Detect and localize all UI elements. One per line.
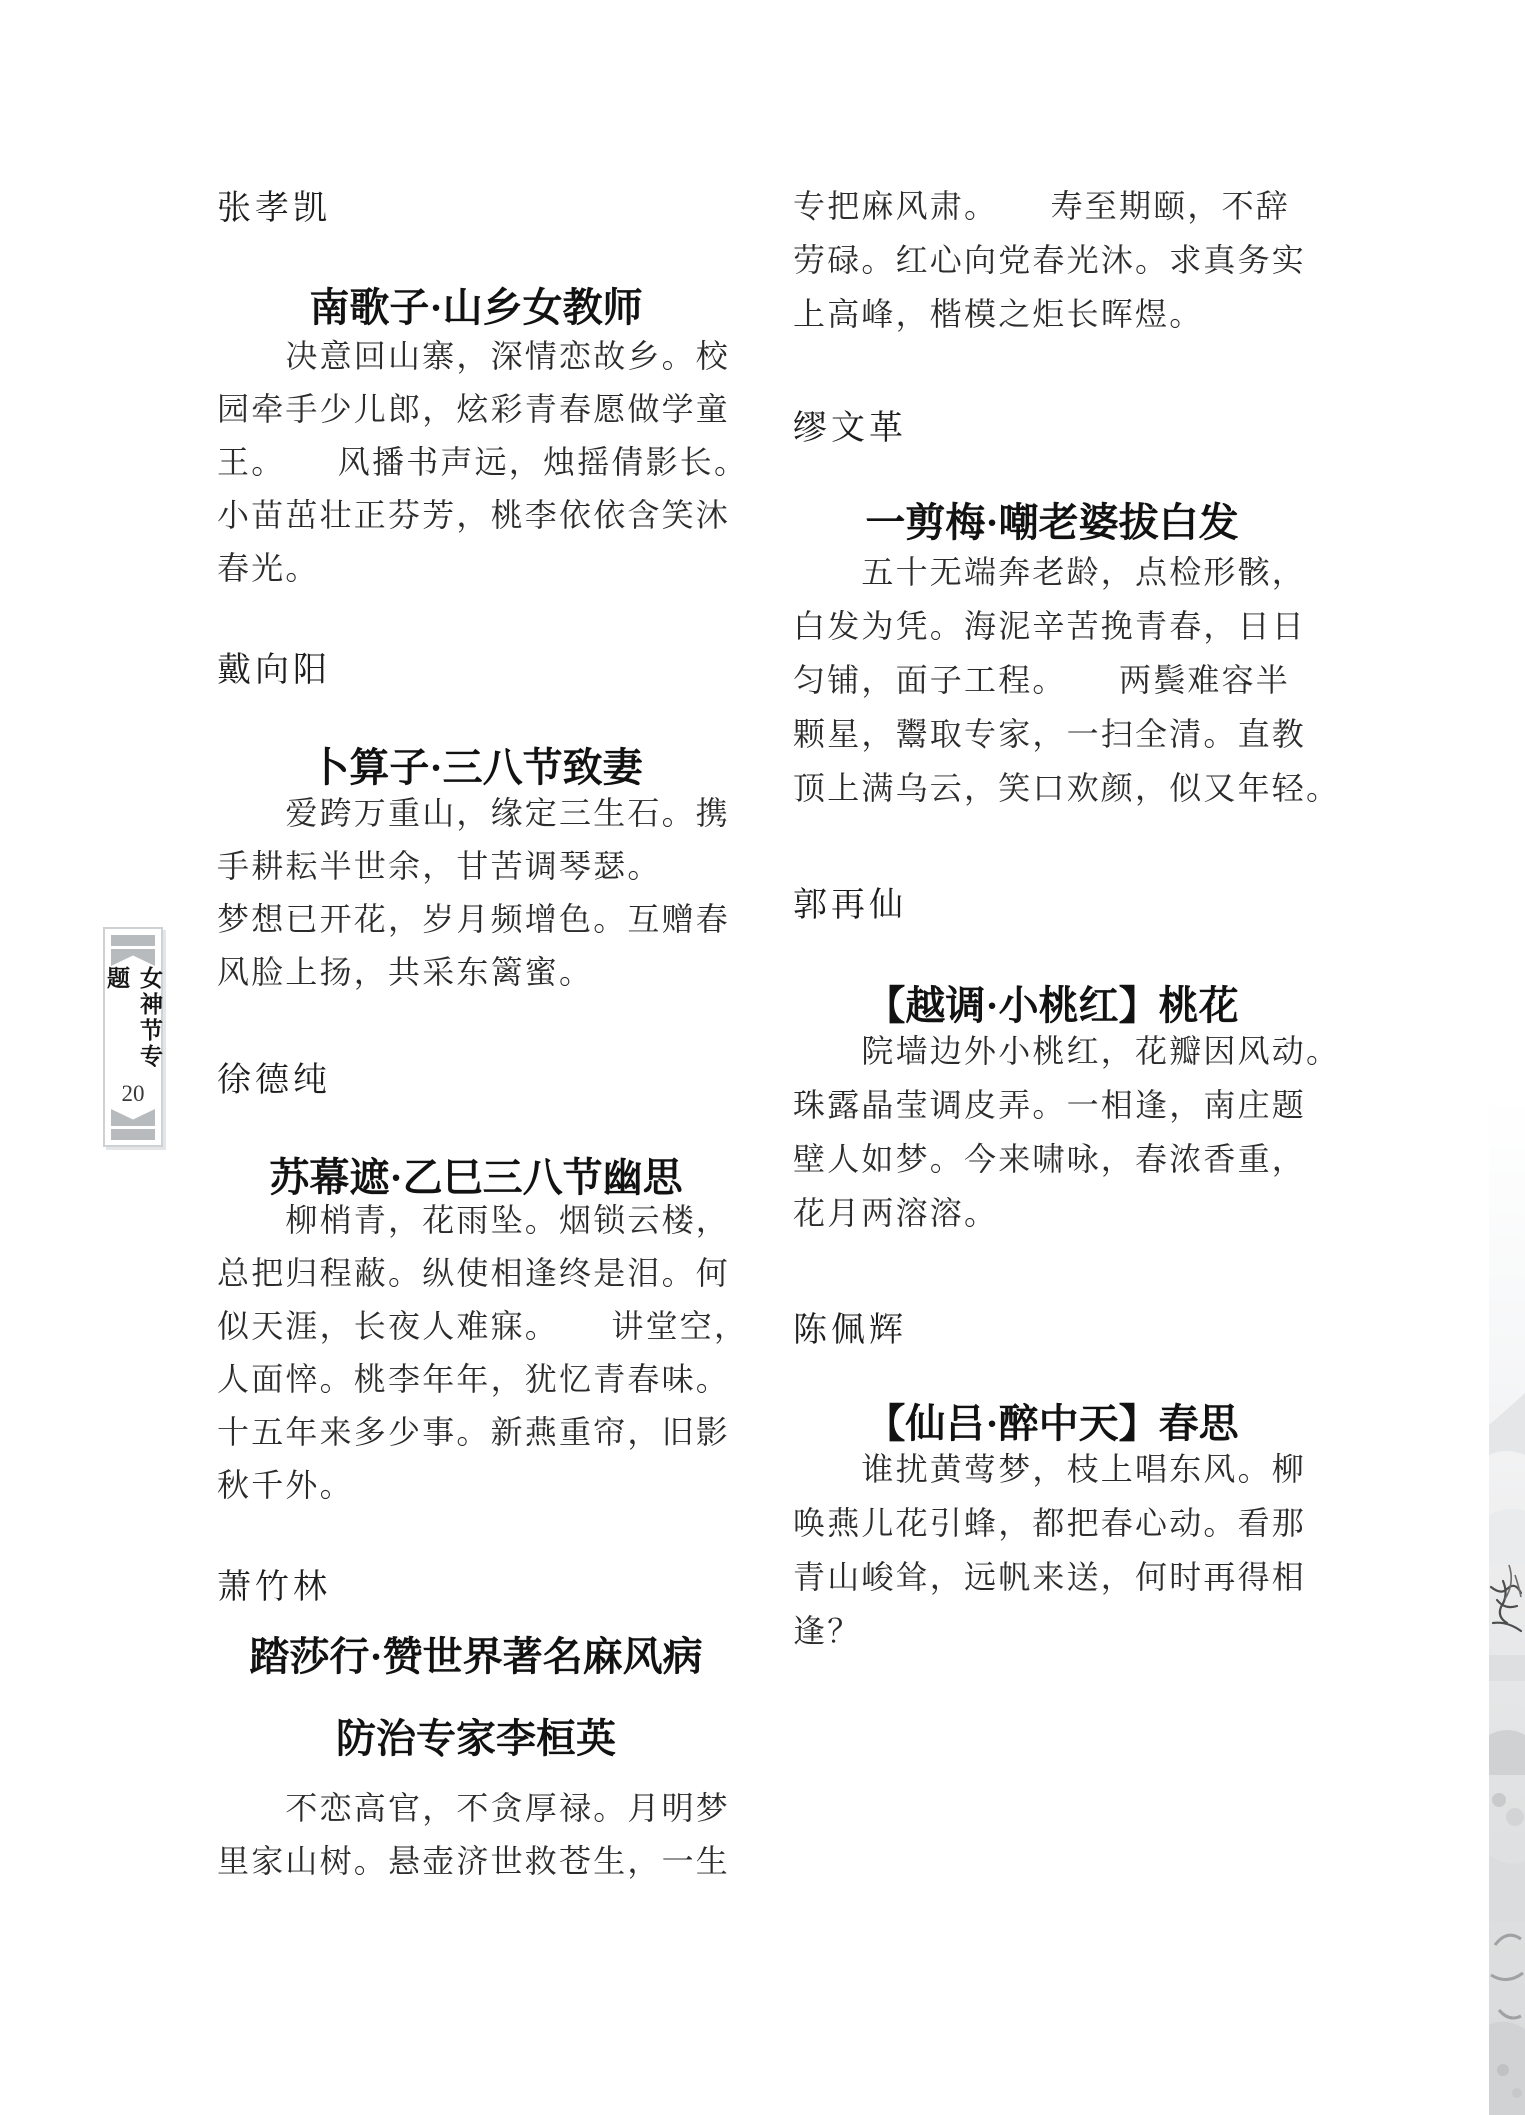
text-line: 十五年来多少事。新燕重帘，旧影 bbox=[217, 1406, 735, 1459]
text-line: 手耕耘半世余，甘苦调琴瑟。 bbox=[217, 840, 735, 893]
text-line: 柳梢青，花雨坠。烟锁云楼， bbox=[217, 1194, 735, 1247]
text-line: 园牵手少儿郎，炫彩青春愿做学童 bbox=[217, 383, 735, 436]
text-line: 院墙边外小桃红，花瓣因风动。 bbox=[793, 1024, 1311, 1078]
text-line: 里家山树。悬壶济世救苍生，一生 bbox=[217, 1835, 735, 1888]
poem-author: 徐德纯 bbox=[217, 1061, 331, 1102]
text-line: 防治专家李桓英 bbox=[187, 1698, 765, 1780]
banner-bottom-bar bbox=[111, 1129, 155, 1140]
poem-author: 戴向阳 bbox=[217, 651, 331, 692]
poem-body: 决意回山寨，深情恋故乡。校园牵手少儿郎，炫彩青春愿做学童王。 风播书声远，烛摇倩… bbox=[217, 330, 735, 595]
text-line: 小苗茁壮正芬芳，桃李依依含笑沐 bbox=[217, 489, 735, 542]
text-line: 上高峰，楷模之炬长晖煜。 bbox=[793, 287, 1311, 341]
poem-title: 踏莎行·赞世界著名麻风病防治专家李桓英 bbox=[187, 1616, 765, 1780]
text-line: 珠露晶莹调皮弄。一相逢，南庄题 bbox=[793, 1078, 1311, 1132]
page-number: 20 bbox=[122, 1082, 145, 1105]
poem-title: 一剪梅·嘲老婆拔白发 bbox=[763, 498, 1341, 548]
banner-top-ribbon-icon bbox=[111, 949, 155, 966]
poem-body: 谁扰黄莺梦，枝上唱东风。柳唤燕儿花引蜂，都把春心动。看那青山峻耸，远帆来送，何时… bbox=[793, 1442, 1311, 1658]
text-line: 王。 风播书声远，烛摇倩影长。 bbox=[217, 436, 735, 489]
section-label: 女神节专题 bbox=[100, 966, 166, 1080]
poem-author: 郭再仙 bbox=[793, 886, 907, 927]
poem-body-continuation: 专把麻风肃。 寿至期颐，不辞劳碌。红心向党春光沐。求真务实上高峰，楷模之炬长晖煜… bbox=[793, 179, 1311, 341]
page-edge-ink-painting bbox=[1489, 1095, 1525, 2115]
left-column: 张孝凯 南歌子·山乡女教师 决意回山寨，深情恋故乡。校园牵手少儿郎，炫彩青春愿做… bbox=[217, 0, 735, 2115]
text-line: 不恋高官，不贪厚禄。月明梦 bbox=[217, 1782, 735, 1835]
text-line: 人面悴。桃李年年，犹忆青春味。 bbox=[217, 1353, 735, 1406]
text-line: 谁扰黄莺梦，枝上唱东风。柳 bbox=[793, 1442, 1311, 1496]
right-column: 专把麻风肃。 寿至期颐，不辞劳碌。红心向党春光沐。求真务实上高峰，楷模之炬长晖煜… bbox=[793, 0, 1311, 2115]
text-line: 秋千外。 bbox=[217, 1459, 735, 1512]
text-line: 逢？ bbox=[793, 1604, 1311, 1658]
text-line: 决意回山寨，深情恋故乡。校 bbox=[217, 330, 735, 383]
poem-body: 五十无端奔老龄，点检形骸，白发为凭。海泥辛苦挽青春，日日匀铺，面子工程。 两鬓难… bbox=[793, 545, 1311, 815]
magazine-page: 女神节专题 20 张孝凯 南歌子·山乡女教师 决意回山寨，深情恋故乡。校园牵手少… bbox=[0, 0, 1525, 2115]
section-banner: 女神节专题 20 bbox=[103, 927, 163, 1147]
text-line: 青山峻耸，远帆来送，何时再得相 bbox=[793, 1550, 1311, 1604]
text-line: 踏莎行·赞世界著名麻风病 bbox=[187, 1616, 765, 1698]
banner-bottom-ribbon-icon bbox=[111, 1109, 155, 1126]
text-line: 白发为凭。海泥辛苦挽青春，日日 bbox=[793, 599, 1311, 653]
text-line: 唤燕儿花引蜂，都把春心动。看那 bbox=[793, 1496, 1311, 1550]
poem-body: 柳梢青，花雨坠。烟锁云楼，总把归程蔽。纵使相逢终是泪。何似天涯，长夜人难寐。 讲… bbox=[217, 1194, 735, 1512]
poem-author: 张孝凯 bbox=[217, 189, 331, 230]
poem-body: 院墙边外小桃红，花瓣因风动。珠露晶莹调皮弄。一相逢，南庄题壁人如梦。今来啸咏，春… bbox=[793, 1024, 1311, 1240]
text-line: 梦想已开花，岁月频增色。互赠春 bbox=[217, 893, 735, 946]
text-line: 颗星，鬻取专家，一扫全清。直教 bbox=[793, 707, 1311, 761]
text-line: 风脸上扬，共采东篱蜜。 bbox=[217, 946, 735, 999]
text-line: 春光。 bbox=[217, 542, 735, 595]
poem-title: 卜算子·三八节致妻 bbox=[187, 743, 765, 793]
text-line: 花月两溶溶。 bbox=[793, 1186, 1311, 1240]
text-line: 五十无端奔老龄，点检形骸， bbox=[793, 545, 1311, 599]
poem-author: 萧竹林 bbox=[217, 1568, 331, 1609]
text-line: 劳碌。红心向党春光沐。求真务实 bbox=[793, 233, 1311, 287]
poem-body: 不恋高官，不贪厚禄。月明梦里家山树。悬壶济世救苍生，一生 bbox=[217, 1782, 735, 1888]
poem-body: 爱跨万重山，缘定三生石。携手耕耘半世余，甘苦调琴瑟。梦想已开花，岁月频增色。互赠… bbox=[217, 787, 735, 999]
text-line: 匀铺，面子工程。 两鬓难容半 bbox=[793, 653, 1311, 707]
poem-title: 南歌子·山乡女教师 bbox=[187, 283, 765, 333]
poem-author: 陈佩辉 bbox=[793, 1311, 907, 1352]
text-line: 顶上满乌云，笑口欢颜，似又年轻。 bbox=[793, 761, 1311, 815]
text-line: 似天涯，长夜人难寐。 讲堂空， bbox=[217, 1300, 735, 1353]
text-line: 专把麻风肃。 寿至期颐，不辞 bbox=[793, 179, 1311, 233]
text-line: 爱跨万重山，缘定三生石。携 bbox=[217, 787, 735, 840]
banner-top-bar bbox=[111, 935, 155, 946]
text-line: 壁人如梦。今来啸咏，春浓香重， bbox=[793, 1132, 1311, 1186]
text-line: 总把归程蔽。纵使相逢终是泪。何 bbox=[217, 1247, 735, 1300]
poem-author: 缪文革 bbox=[793, 409, 907, 450]
ink-painting-strip-image bbox=[1489, 1095, 1525, 2115]
